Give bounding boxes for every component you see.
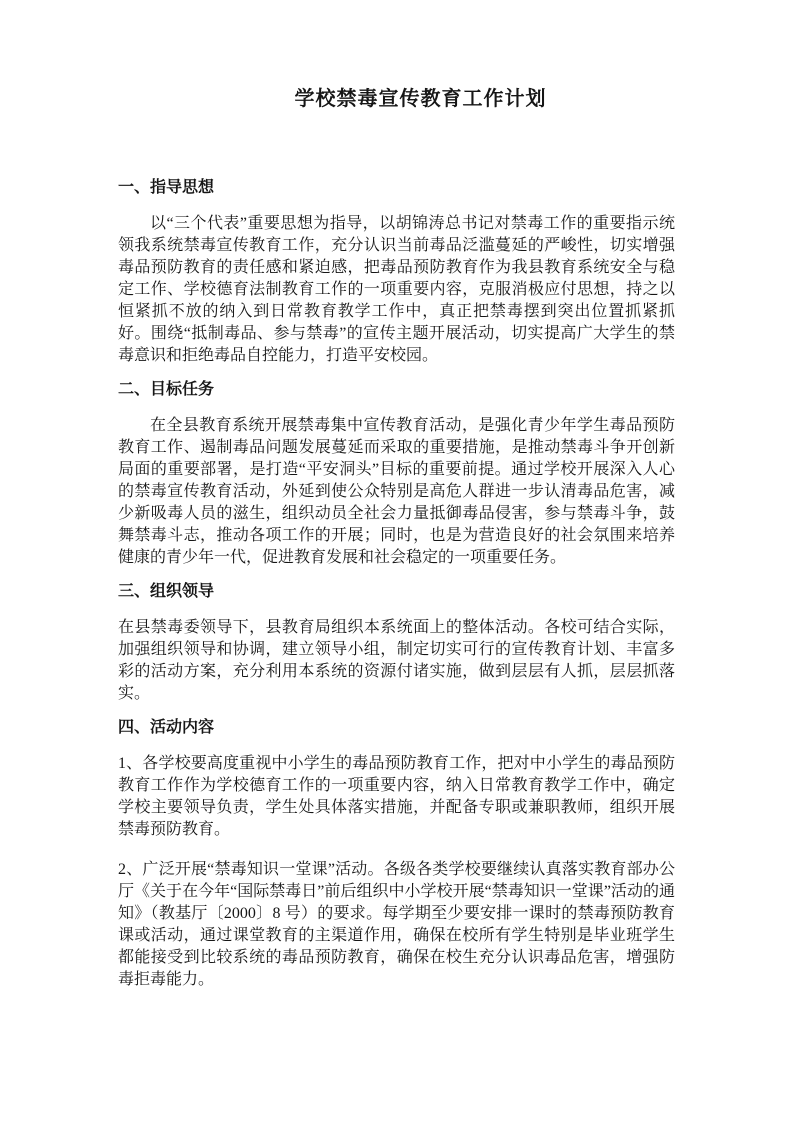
section-1-paragraph: 以“三个代表”重要思想为指导，以胡锦涛总书记对禁毒工作的重要指示统领我系统禁毒宣… bbox=[118, 213, 675, 367]
section-heading-3: 三、组织领导 bbox=[118, 581, 675, 603]
section-heading-4: 四、活动内容 bbox=[118, 717, 675, 739]
section-heading-2: 二、目标任务 bbox=[118, 379, 675, 401]
section-3-paragraph: 在县禁毒委领导下，县教育局组织本系统面上的整体活动。各校可结合实际，加强组织领导… bbox=[118, 617, 675, 705]
section-2-paragraph: 在全县教育系统开展禁毒集中宣传教育活动，是强化青少年学生毒品预防教育工作、遏制毒… bbox=[118, 415, 675, 569]
section-4-item-1: 1、各学校要高度重视中小学生的毒品预防教育工作，把对中小学生的毒品预防教育工作作… bbox=[118, 753, 675, 841]
document-content: 学校禁毒宣传教育工作计划 一、指导思想 以“三个代表”重要思想为指导，以胡锦涛总… bbox=[0, 0, 793, 991]
section-heading-1: 一、指导思想 bbox=[118, 177, 675, 199]
section-4-item-2: 2、广泛开展“禁毒知识一堂课”活动。各级各类学校要继续认真落实教育部办公厅《关于… bbox=[118, 859, 675, 991]
document-page: 学校禁毒宣传教育工作计划 一、指导思想 以“三个代表”重要思想为指导，以胡锦涛总… bbox=[0, 0, 793, 1122]
document-title: 学校禁毒宣传教育工作计划 bbox=[142, 86, 699, 113]
